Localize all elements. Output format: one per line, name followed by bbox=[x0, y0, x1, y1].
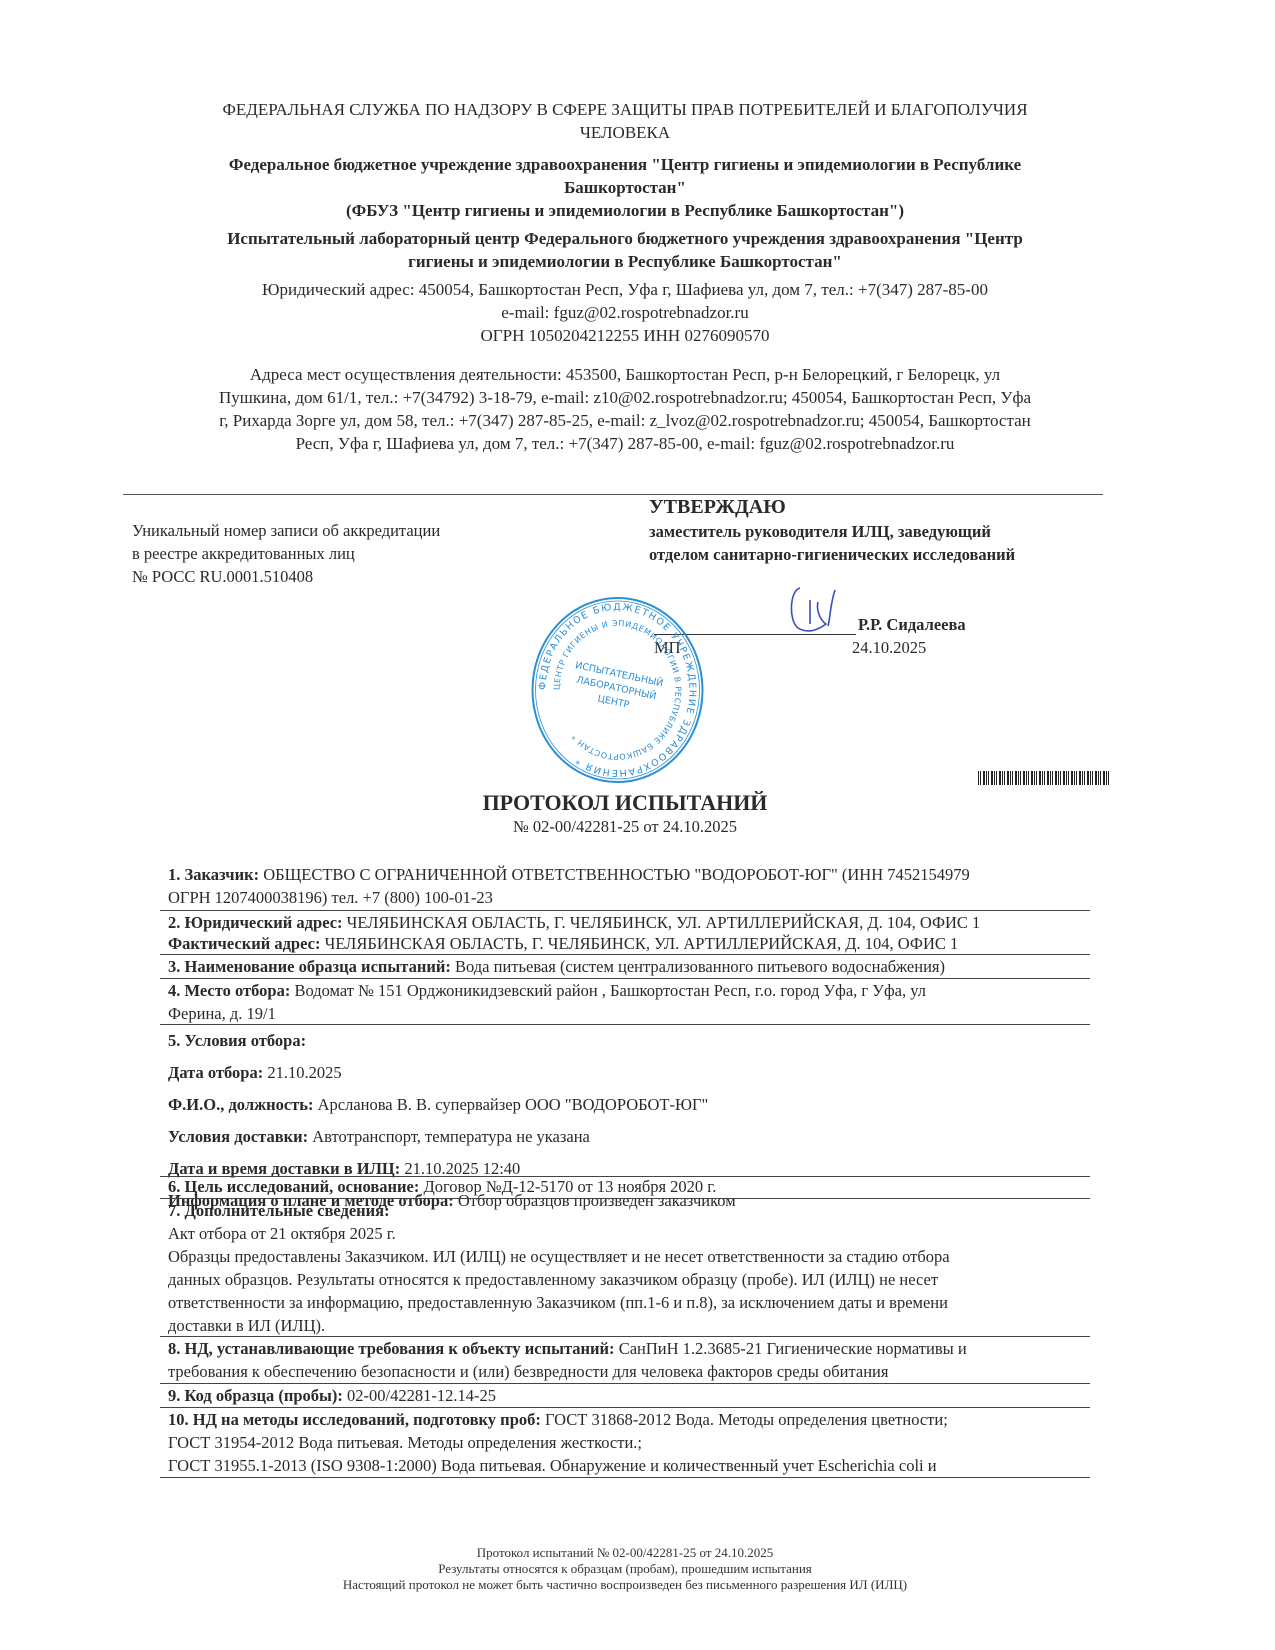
signatory-name: Р.Р. Сидалеева bbox=[858, 615, 966, 635]
footer-line-2: Результаты относятся к образцам (пробам)… bbox=[250, 1561, 1000, 1577]
field-value: Ферина, д. 19/1 bbox=[168, 1002, 1088, 1025]
activity-address-line: Респ, Уфа г, Шафиева ул, дом 7, тел.: +7… bbox=[150, 432, 1100, 455]
field-value: 02-00/42281-12.14-25 bbox=[343, 1386, 496, 1405]
approval-title: УТВЕРЖДАЮ bbox=[649, 496, 786, 519]
institution-short-name: (ФБУЗ "Центр гигиены и эпидемиологии в Р… bbox=[150, 199, 1100, 222]
field-value: ЧЕЛЯБИНСКАЯ ОБЛАСТЬ, Г. ЧЕЛЯБИНСК, УЛ. А… bbox=[320, 934, 958, 953]
field-label: 9. Код образца (пробы): bbox=[168, 1386, 343, 1405]
svg-text:ЦЕНТР: ЦЕНТР bbox=[597, 693, 631, 710]
field-purpose: 6. Цель исследований, основание: Договор… bbox=[168, 1175, 1088, 1198]
field-label: Ф.И.О., должность: bbox=[168, 1095, 313, 1114]
protocol-number: № 02-00/42281-25 от 24.10.2025 bbox=[150, 817, 1100, 837]
accreditation-number: № РОСС RU.0001.510408 bbox=[132, 565, 440, 588]
institution-name: Федеральное бюджетное учреждение здравоо… bbox=[150, 153, 1100, 222]
field-label: 4. Место отбора: bbox=[168, 981, 290, 1000]
field-value: ЧЕЛЯБИНСКАЯ ОБЛАСТЬ, Г. ЧЕЛЯБИНСК, УЛ. А… bbox=[343, 913, 981, 932]
field-label: 3. Наименование образца испытаний: bbox=[168, 957, 451, 976]
activity-address-line: Адреса мест осуществления деятельности: … bbox=[150, 363, 1100, 386]
agency-line-1: ФЕДЕРАЛЬНАЯ СЛУЖБА ПО НАДЗОРУ В СФЕРЕ ЗА… bbox=[150, 98, 1100, 121]
position-line-2: отделом санитарно-гигиенических исследов… bbox=[649, 543, 1015, 566]
field-label: 1. Заказчик: bbox=[168, 865, 259, 884]
field-legal-address: 2. Юридический адрес: ЧЕЛЯБИНСКАЯ ОБЛАСТ… bbox=[168, 911, 1088, 934]
field-value: Водомат № 151 Орджоникидзевский район , … bbox=[290, 981, 926, 1000]
field-sample-code: 9. Код образца (пробы): 02-00/42281-12.1… bbox=[168, 1384, 1088, 1407]
field-value: Образцы предоставлены Заказчиком. ИЛ (ИЛ… bbox=[168, 1245, 1088, 1268]
field-value: данных образцов. Результаты относятся к … bbox=[168, 1268, 1088, 1291]
position-line-1: заместитель руководителя ИЛЦ, заведующий bbox=[649, 520, 1015, 543]
field-additional-info: 7. Дополнительные сведения: Акт отбора о… bbox=[168, 1199, 1088, 1337]
field-value: Арсланова В. В. супервайзер ООО "ВОДОРОБ… bbox=[313, 1095, 708, 1114]
page-footer: Протокол испытаний № 02-00/42281-25 от 2… bbox=[250, 1545, 1000, 1593]
seal-stamp-icon: ФЕДЕРАЛЬНОЕ БЮДЖЕТНОЕ УЧРЕЖДЕНИЕ ЗДРАВОО… bbox=[530, 595, 705, 785]
field-label: 5. Условия отбора: bbox=[168, 1031, 306, 1050]
accreditation-block: Уникальный номер записи об аккредитации … bbox=[132, 519, 440, 588]
field-value: Автотранспорт, температура не указана bbox=[308, 1127, 590, 1146]
field-value: ГОСТ 31955.1-2013 (ISO 9308-1:2000) Вода… bbox=[168, 1454, 1088, 1477]
field-actual-address: Фактический адрес: ЧЕЛЯБИНСКАЯ ОБЛАСТЬ, … bbox=[168, 932, 1088, 955]
lab-name: Испытательный лабораторный центр Федерал… bbox=[150, 227, 1100, 273]
field-value: доставки в ИЛ (ИЛЦ). bbox=[168, 1314, 1088, 1337]
field-label: Условия доставки: bbox=[168, 1127, 308, 1146]
field-value: ГОСТ 31868-2012 Вода. Методы определения… bbox=[541, 1410, 948, 1429]
field-label: Фактический адрес: bbox=[168, 934, 320, 953]
approval-date: 24.10.2025 bbox=[852, 638, 926, 658]
institution-line-2: Башкортостан" bbox=[150, 176, 1100, 199]
field-label: 8. НД, устанавливающие требования к объе… bbox=[168, 1339, 615, 1358]
header-divider bbox=[123, 494, 1103, 495]
activity-addresses: Адреса мест осуществления деятельности: … bbox=[150, 363, 1100, 455]
field-sampling-place: 4. Место отбора: Водомат № 151 Орджоники… bbox=[168, 979, 1088, 1025]
contact-block: Юридический адрес: 450054, Башкортостан … bbox=[150, 278, 1100, 347]
field-label: 6. Цель исследований, основание: bbox=[168, 1177, 419, 1196]
field-value: ГОСТ 31954-2012 Вода питьевая. Методы оп… bbox=[168, 1431, 1088, 1454]
field-value: Акт отбора от 21 октября 2025 г. bbox=[168, 1222, 1088, 1245]
field-value: 21.10.2025 bbox=[263, 1063, 341, 1082]
footer-line-3: Настоящий протокол не может быть частичн… bbox=[250, 1577, 1000, 1593]
signature-icon bbox=[780, 580, 850, 640]
protocol-title: ПРОТОКОЛ ИСПЫТАНИЙ bbox=[150, 790, 1100, 816]
lab-line-1: Испытательный лабораторный центр Федерал… bbox=[150, 227, 1100, 250]
institution-line-1: Федеральное бюджетное учреждение здравоо… bbox=[150, 153, 1100, 176]
row-divider bbox=[160, 1477, 1090, 1478]
field-value: ОБЩЕСТВО С ОГРАНИЧЕННОЙ ОТВЕТСТВЕННОСТЬЮ… bbox=[259, 865, 970, 884]
field-value: требования к обеспечению безопасности и … bbox=[168, 1360, 1088, 1383]
field-label: 10. НД на методы исследований, подготовк… bbox=[168, 1410, 541, 1429]
email: e-mail: fguz@02.rospotrebnadzor.ru bbox=[150, 301, 1100, 324]
field-customer: 1. Заказчик: ОБЩЕСТВО С ОГРАНИЧЕННОЙ ОТВ… bbox=[168, 863, 1088, 909]
barcode bbox=[978, 771, 1110, 785]
accreditation-line-2: в реестре аккредитованных лиц bbox=[132, 542, 440, 565]
footer-line-1: Протокол испытаний № 02-00/42281-25 от 2… bbox=[250, 1545, 1000, 1561]
field-sample-name: 3. Наименование образца испытаний: Вода … bbox=[168, 955, 1088, 978]
agency-name: ФЕДЕРАЛЬНАЯ СЛУЖБА ПО НАДЗОРУ В СФЕРЕ ЗА… bbox=[150, 98, 1100, 144]
activity-address-line: Пушкина, дом 61/1, тел.: +7(34792) 3-18-… bbox=[150, 386, 1100, 409]
approval-position: заместитель руководителя ИЛЦ, заведующий… bbox=[649, 520, 1015, 566]
field-requirements-docs: 8. НД, устанавливающие требования к объе… bbox=[168, 1337, 1088, 1383]
ogrn-inn: ОГРН 1050204212255 ИНН 0276090570 bbox=[150, 324, 1100, 347]
field-label: 7. Дополнительные сведения: bbox=[168, 1201, 390, 1220]
agency-line-2: ЧЕЛОВЕКА bbox=[150, 121, 1100, 144]
field-label: 2. Юридический адрес: bbox=[168, 913, 343, 932]
legal-address: Юридический адрес: 450054, Башкортостан … bbox=[150, 278, 1100, 301]
field-value: ответственности за информацию, предостав… bbox=[168, 1291, 1088, 1314]
activity-address-line: г, Рихарда Зорге ул, дом 58, тел.: +7(34… bbox=[150, 409, 1100, 432]
field-value: ОГРН 1207400038196) тел. +7 (800) 100-01… bbox=[168, 886, 1088, 909]
field-methods-docs: 10. НД на методы исследований, подготовк… bbox=[168, 1408, 1088, 1477]
field-label: Дата отбора: bbox=[168, 1063, 263, 1082]
accreditation-line-1: Уникальный номер записи об аккредитации bbox=[132, 519, 440, 542]
field-value: СанПиН 1.2.3685-21 Гигиенические нормати… bbox=[615, 1339, 967, 1358]
lab-line-2: гигиены и эпидемиологии в Республике Баш… bbox=[150, 250, 1100, 273]
field-value: Договор №Д-12-5170 от 13 ноября 2020 г. bbox=[419, 1177, 716, 1196]
field-value: Вода питьевая (систем централизованного … bbox=[451, 957, 945, 976]
